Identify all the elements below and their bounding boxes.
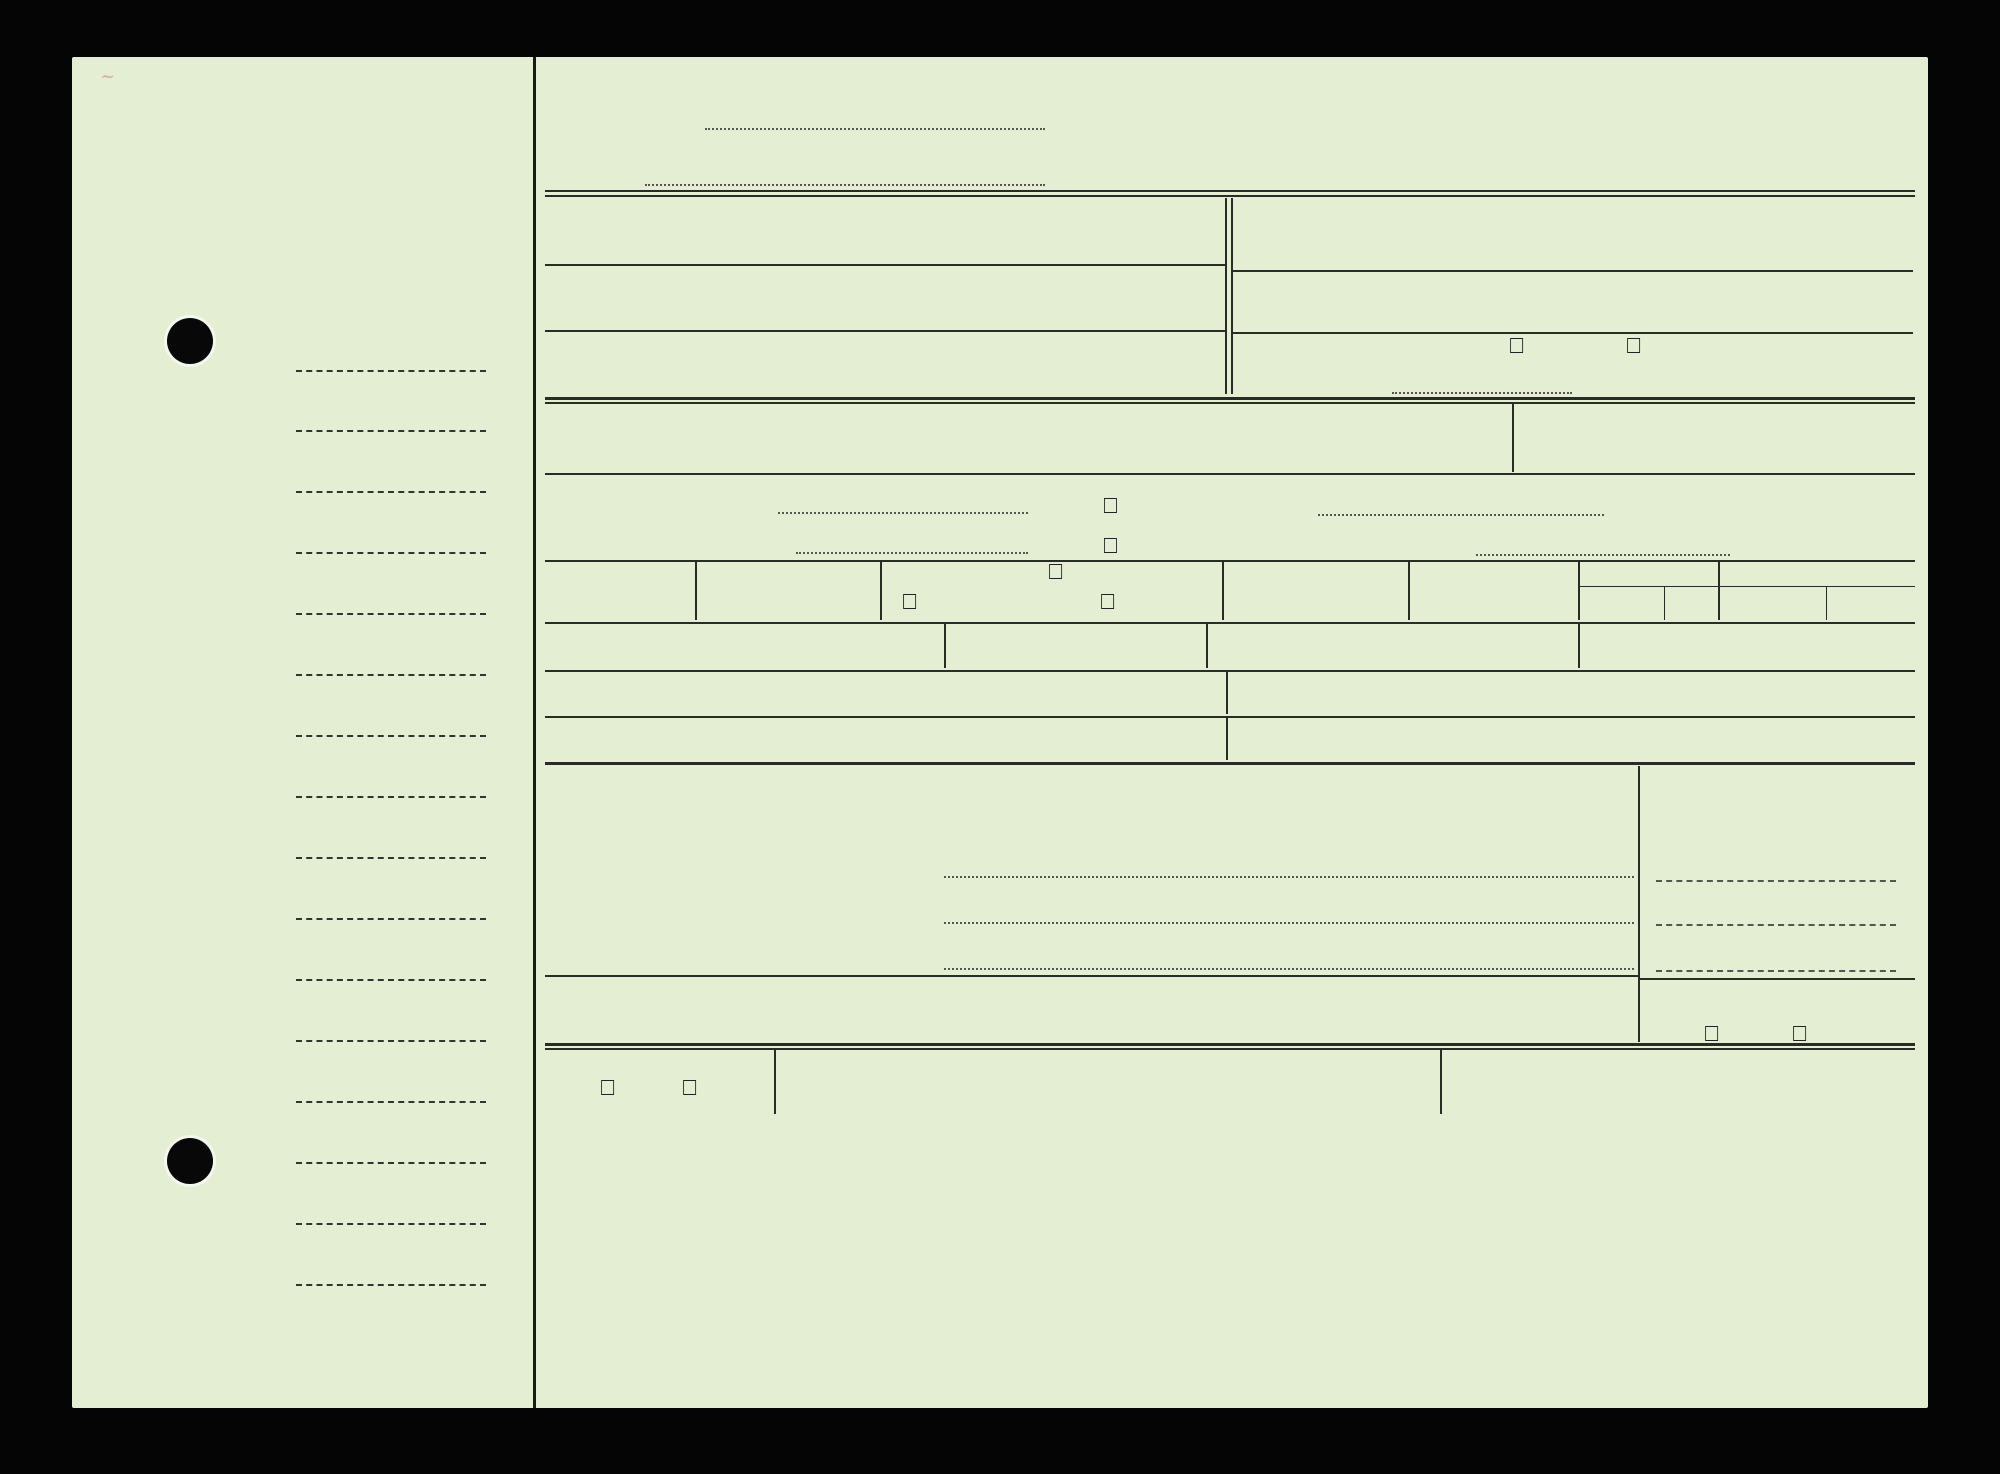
- widowed-checkbox[interactable]: [903, 594, 916, 609]
- stub-line-b: [296, 430, 486, 432]
- col-div-9-10: [1222, 560, 1224, 620]
- col-div-8-9: [880, 560, 882, 620]
- local-reg-line: [705, 128, 1045, 130]
- township-no-checkbox[interactable]: [1104, 538, 1117, 553]
- interval-line-a: [1656, 880, 1896, 882]
- rule-2b: [1233, 332, 1913, 334]
- stub-line-l: [296, 1040, 486, 1042]
- rule-part2-top: [545, 975, 1638, 977]
- col-div-12-13: [944, 624, 946, 668]
- widowed[interactable]: [898, 594, 916, 612]
- death-certificate-paper: [72, 57, 1928, 1408]
- interval-line-c: [1656, 970, 1896, 972]
- rule-18-top: [545, 716, 1915, 718]
- dist-line: [645, 184, 1045, 186]
- rule-1c: [545, 330, 1225, 332]
- col-div-16-17: [1226, 672, 1228, 714]
- stub-line-o: [296, 1223, 486, 1225]
- stub-line-f: [296, 674, 486, 676]
- rule-6-top: [545, 473, 1915, 475]
- col-div-hours-min: [1826, 586, 1827, 620]
- col-div-11-b: [1718, 560, 1720, 620]
- stub-faint-mark: ~: [100, 66, 115, 87]
- col-div-14-15: [1578, 624, 1580, 668]
- stub-line-n: [296, 1162, 486, 1164]
- which-war-line: [1392, 392, 1572, 394]
- autopsy-yes-checkbox[interactable]: [1705, 1026, 1718, 1041]
- cause-b-line: [944, 922, 1634, 924]
- col-div-interval: [1638, 766, 1640, 1042]
- autopsy-no[interactable]: [1788, 1024, 1806, 1044]
- stub-line-a: [296, 370, 486, 372]
- col-divider-4-5: [1512, 404, 1514, 472]
- stub-line-k: [296, 979, 486, 981]
- rule-header: [545, 190, 1915, 192]
- stub-line-g: [296, 735, 486, 737]
- veteran-yes-checkbox[interactable]: [1510, 338, 1523, 353]
- never-married-checkbox[interactable]: [1049, 564, 1062, 579]
- rule-autopsy-top: [1638, 978, 1915, 980]
- col-div-months-days: [1664, 586, 1665, 620]
- township-yes[interactable]: [1104, 498, 1122, 516]
- cause-c-line: [944, 968, 1634, 970]
- divorced[interactable]: [1096, 594, 1114, 612]
- stub-line-p: [296, 1284, 486, 1286]
- city-limits-line: [1476, 554, 1730, 556]
- state-line: [778, 512, 1028, 514]
- veteran-no-checkbox[interactable]: [1627, 338, 1640, 353]
- veteran-yes[interactable]: [1505, 338, 1523, 356]
- stub-line-j: [296, 918, 486, 920]
- never-married[interactable]: [1044, 564, 1062, 582]
- rule-accident-top-2: [545, 1048, 1915, 1050]
- rule-4-top-2: [545, 402, 1915, 404]
- punch-hole-bottom: [167, 1138, 213, 1184]
- rule-header-2: [545, 195, 1915, 197]
- accident-no[interactable]: [678, 1080, 696, 1098]
- col-div-10-11: [1408, 560, 1410, 620]
- autopsy-yes[interactable]: [1700, 1024, 1718, 1044]
- stub-line-i: [296, 857, 486, 859]
- divorced-checkbox[interactable]: [1101, 594, 1114, 609]
- accident-yes-checkbox[interactable]: [601, 1080, 614, 1095]
- rule-16-top: [545, 670, 1915, 672]
- accident-no-checkbox[interactable]: [683, 1080, 696, 1095]
- accident-yes[interactable]: [596, 1080, 614, 1098]
- township-yes-checkbox[interactable]: [1104, 498, 1117, 513]
- col-div-13-14: [1206, 624, 1208, 668]
- interval-line-b: [1656, 924, 1896, 926]
- col-divider-1-2: [1225, 198, 1227, 394]
- punch-hole-top: [167, 318, 213, 364]
- rule-12-top: [545, 622, 1915, 624]
- stub-line-h: [296, 796, 486, 798]
- veteran-no[interactable]: [1622, 338, 1640, 356]
- county-lived-line: [796, 552, 1028, 554]
- rule-medical-top: [545, 762, 1915, 765]
- township-no[interactable]: [1104, 538, 1122, 556]
- col-div-18-19: [1226, 718, 1228, 760]
- stub-line-m: [296, 1101, 486, 1103]
- stub-line-d: [296, 552, 486, 554]
- stub-divider: [533, 57, 536, 1408]
- rule-2a: [1233, 270, 1913, 272]
- stub-line-e: [296, 613, 486, 615]
- rule-4-top: [545, 397, 1915, 400]
- col-divider-1-2b: [1231, 198, 1233, 394]
- rule-1a: [545, 264, 1225, 266]
- col-div-22a-b: [774, 1048, 776, 1114]
- stub-line-c: [296, 491, 486, 493]
- rule-accident-top: [545, 1043, 1915, 1046]
- cause-a-line: [944, 876, 1634, 878]
- rule-age-sub: [1578, 586, 1915, 587]
- autopsy-no-checkbox[interactable]: [1793, 1026, 1806, 1041]
- township-line: [1318, 514, 1604, 516]
- col-div-22b-c: [1440, 1048, 1442, 1114]
- col-div-7-8: [695, 560, 697, 620]
- col-div-11-a: [1578, 560, 1580, 620]
- rule-7-top: [545, 560, 1915, 562]
